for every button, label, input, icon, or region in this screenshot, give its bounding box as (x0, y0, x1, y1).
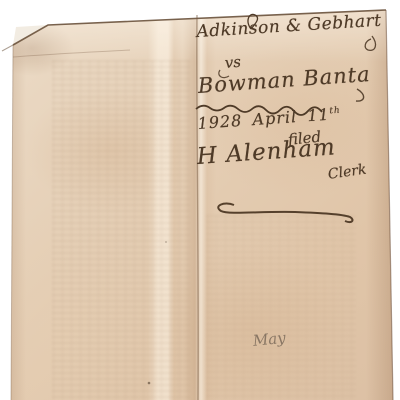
pencil-note-may: May (252, 329, 286, 350)
corner-crease-tail (2, 45, 13, 51)
filing-date-year: 1928 (197, 111, 243, 133)
paper-sheet (0, 0, 400, 400)
filing-date-month: April (252, 107, 298, 129)
scanned-document-photo: Adkinson & Gebhart vs Bowman Banta 1928 … (0, 0, 400, 400)
versus-handwriting: vs (224, 53, 242, 72)
filing-date-ordinal: th (329, 106, 341, 117)
filing-date-day: 11 (307, 105, 331, 126)
